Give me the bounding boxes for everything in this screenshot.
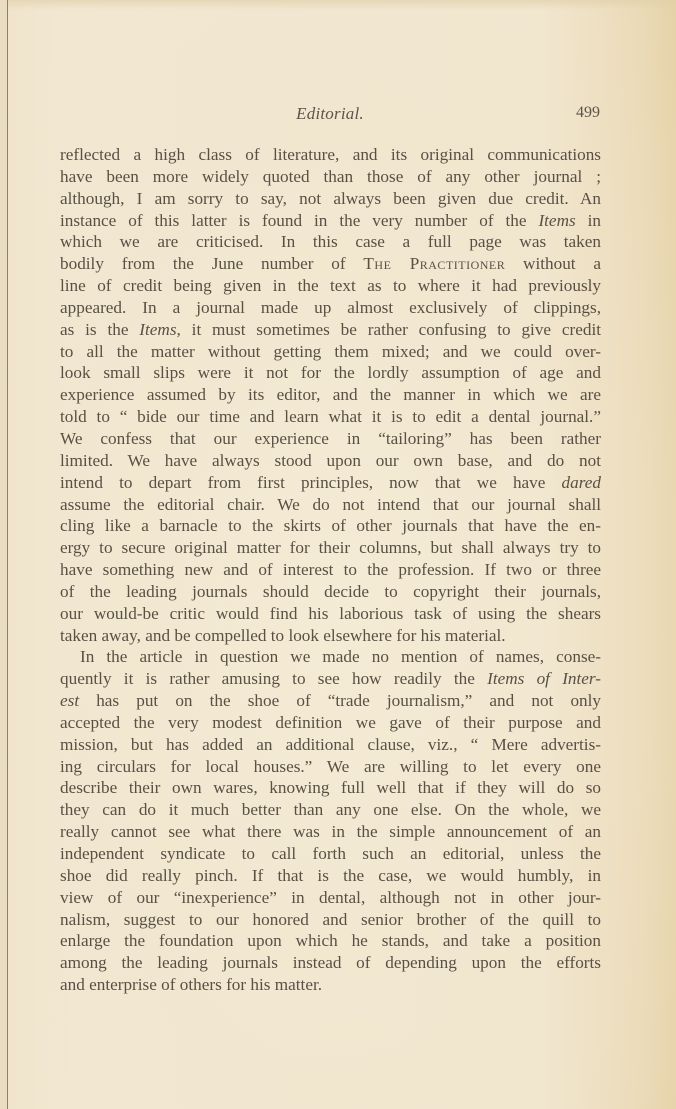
text-run: and enterprise of others for his matter. [60,975,322,994]
text-line: although, I am sorry to say, not always … [60,188,601,210]
text-line: quently it is rather amusing to see how … [60,668,601,690]
text-run: independent syndicate to call forth such… [60,844,601,863]
text-run: has put on the shoe of “trade journalism… [79,691,601,710]
text-line: our would-be critic would find his labor… [60,603,601,625]
text-line: limited. We have always stood upon our o… [60,450,601,472]
running-head: Editorial. 499 [60,104,600,128]
text-run: our would-be critic would find his labor… [60,604,601,623]
paragraph: In the article in question we made no me… [60,646,601,996]
text-run: look small slips were it not for the lor… [60,363,601,382]
text-run: intend to depart from first principles, … [60,473,562,492]
text-line: bodily from the June number of The Pract… [60,253,601,275]
text-run: mission, but has added an additional cla… [60,735,601,754]
text-run: In the article in question we made no me… [80,647,601,666]
small-caps-text: The Practitioner [363,254,505,273]
text-line: they can do it much better than any one … [60,799,601,821]
text-run: shoe did really pinch. If that is the ca… [60,866,601,885]
text-run: have something new and of interest to th… [60,560,601,579]
text-line: line of credit being given in the text a… [60,275,601,297]
text-line: accepted the very modest definition we g… [60,712,601,734]
text-run: assume the editorial chair. We do not in… [60,495,601,514]
text-run: bodily from the June number of [60,254,363,273]
gutter-line [7,0,8,1109]
text-line: shoe did really pinch. If that is the ca… [60,865,601,887]
text-line: have something new and of interest to th… [60,559,601,581]
text-run: taken away, and be compelled to look els… [60,626,506,645]
text-line: In the article in question we made no me… [60,646,601,668]
text-run: although, I am sorry to say, not always … [60,189,601,208]
italic-text: est [60,691,79,710]
text-run: ergy to secure original matter for their… [60,538,601,557]
italic-text: Items [139,320,176,339]
text-run: line of credit being given in the text a… [60,276,601,295]
text-line: est has put on the shoe of “trade journa… [60,690,601,712]
text-run: as is the [60,320,139,339]
text-line: assume the editorial chair. We do not in… [60,494,601,516]
top-edge-shade [8,0,676,10]
text-run: describe their own wares, knowing full w… [60,778,601,797]
text-line: and enterprise of others for his matter. [60,974,601,996]
text-line: reflected a high class of literature, an… [60,144,601,166]
page-edge-strip [0,0,7,1109]
text-run: , it must sometimes be rather confusing … [177,320,601,339]
text-line: nalism, suggest to our honored and senio… [60,909,601,931]
text-line: ing circulars for local houses.” We are … [60,756,601,778]
text-run: among the leading journals instead of de… [60,953,601,972]
text-run: of the leading journals should decide to… [60,582,601,601]
text-line: ergy to secure original matter for their… [60,537,601,559]
text-line: cling like a barnacle to the skirts of o… [60,515,601,537]
paragraph: reflected a high class of literature, an… [60,144,601,646]
text-run: ing circulars for local houses.” We are … [60,757,601,776]
text-run: reflected a high class of literature, an… [60,145,601,164]
text-line: appeared. In a journal made up almost ex… [60,297,601,319]
text-line: told to “ bide our time and learn what i… [60,406,601,428]
text-line: to all the matter without getting them m… [60,341,601,363]
text-line: instance of this latter is found in the … [60,210,601,232]
book-page: Editorial. 499 reflected a high class of… [0,0,676,1109]
text-run: instance of this latter is found in the … [60,211,538,230]
text-run: have been more widely quoted than those … [60,167,601,186]
text-run: without a [505,254,601,273]
text-run: enlarge the foundation upon which he sta… [60,931,601,950]
text-line: We confess that our experience in “tailo… [60,428,601,450]
text-line: look small slips were it not for the lor… [60,362,601,384]
text-run: view of our “inexperience” in dental, al… [60,888,601,907]
text-line: view of our “inexperience” in dental, al… [60,887,601,909]
text-line: describe their own wares, knowing full w… [60,777,601,799]
text-run: they can do it much better than any one … [60,800,601,819]
text-run: appeared. In a journal made up almost ex… [60,298,601,317]
text-run: accepted the very modest definition we g… [60,713,601,732]
text-run: told to “ bide our time and learn what i… [60,407,601,426]
text-run: We confess that our experience in “tailo… [60,429,601,448]
text-run: in [576,211,601,230]
body-text: reflected a high class of literature, an… [60,144,601,996]
text-line: among the leading journals instead of de… [60,952,601,974]
text-run: limited. We have always stood upon our o… [60,451,601,470]
text-line: taken away, and be compelled to look els… [60,625,601,647]
text-line: have been more widely quoted than those … [60,166,601,188]
italic-text: Items of Inter- [487,669,601,688]
text-line: really cannot see what there was in the … [60,821,601,843]
text-line: mission, but has added an additional cla… [60,734,601,756]
text-run: quently it is rather amusing to see how … [60,669,487,688]
text-run: really cannot see what there was in the … [60,822,601,841]
text-line: enlarge the foundation upon which he sta… [60,930,601,952]
text-line: experience assumed by its editor, and th… [60,384,601,406]
text-line: as is the Items, it must sometimes be ra… [60,319,601,341]
text-line: intend to depart from first principles, … [60,472,601,494]
text-line: independent syndicate to call forth such… [60,843,601,865]
text-line: which we are criticised. In this case a … [60,231,601,253]
running-title: Editorial. [60,104,600,124]
text-run: which we are criticised. In this case a … [60,232,601,251]
text-run: nalism, suggest to our honored and senio… [60,910,601,929]
italic-text: Items [538,211,575,230]
text-run: to all the matter without getting them m… [60,342,601,361]
text-run: experience assumed by its editor, and th… [60,385,601,404]
text-run: cling like a barnacle to the skirts of o… [60,516,601,535]
page-number: 499 [576,104,600,122]
italic-text: dared [562,473,601,492]
text-line: of the leading journals should decide to… [60,581,601,603]
